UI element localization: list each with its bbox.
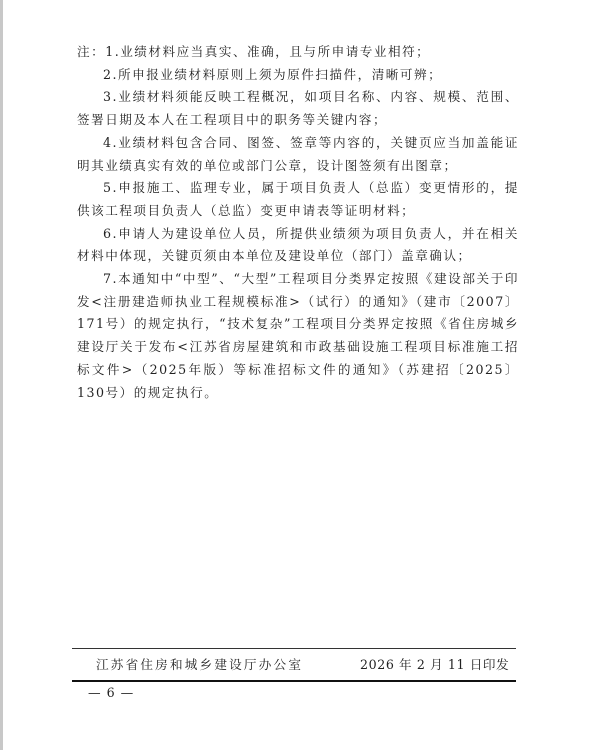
footer-issuer: 江苏省住房和城乡建设厅办公室 xyxy=(96,655,303,675)
page-number: — 6 — xyxy=(88,683,134,703)
note-item-5: 5.申报施工、监理专业，属于项目负责人（总监）变更情形的，提供该工程项目负责人（… xyxy=(77,177,519,222)
footer-top-rule xyxy=(72,648,516,649)
note-item-4: 4.业绩材料包含合同、图签、签章等内容的，关键页应当加盖能证明其业绩真实有效的单… xyxy=(77,132,519,177)
notes-label: 注： xyxy=(77,44,105,59)
note-item-7: 7.本通知中“中型”、“大型”工程项目分类界定按照《建设部关于印发<注册建造师执… xyxy=(77,268,519,404)
note-item-1: 注：1.业绩材料应当真实、准确，且与所申请专业相符； xyxy=(77,41,519,64)
page-left-border xyxy=(0,0,3,750)
footer-issue-date: 2026 年 2 月 11 日印发 xyxy=(360,655,509,675)
note-item-3: 3.业绩材料须能反映工程概况，如项目名称、内容、规模、范围、签署日期及本人在工程… xyxy=(77,86,519,131)
footer-bottom-rule xyxy=(72,680,516,682)
note-item-6: 6.申请人为建设单位人员，所提供业绩须为项目负责人，并在相关材料中体现，关键页须… xyxy=(77,223,519,268)
note-text-1: 1.业绩材料应当真实、准确，且与所申请专业相符； xyxy=(105,44,430,59)
note-item-2: 2.所申报业绩材料原则上须为原件扫描件，清晰可辨； xyxy=(77,64,519,87)
notes-section: 注：1.业绩材料应当真实、准确，且与所申请专业相符； 2.所申报业绩材料原则上须… xyxy=(77,41,519,404)
